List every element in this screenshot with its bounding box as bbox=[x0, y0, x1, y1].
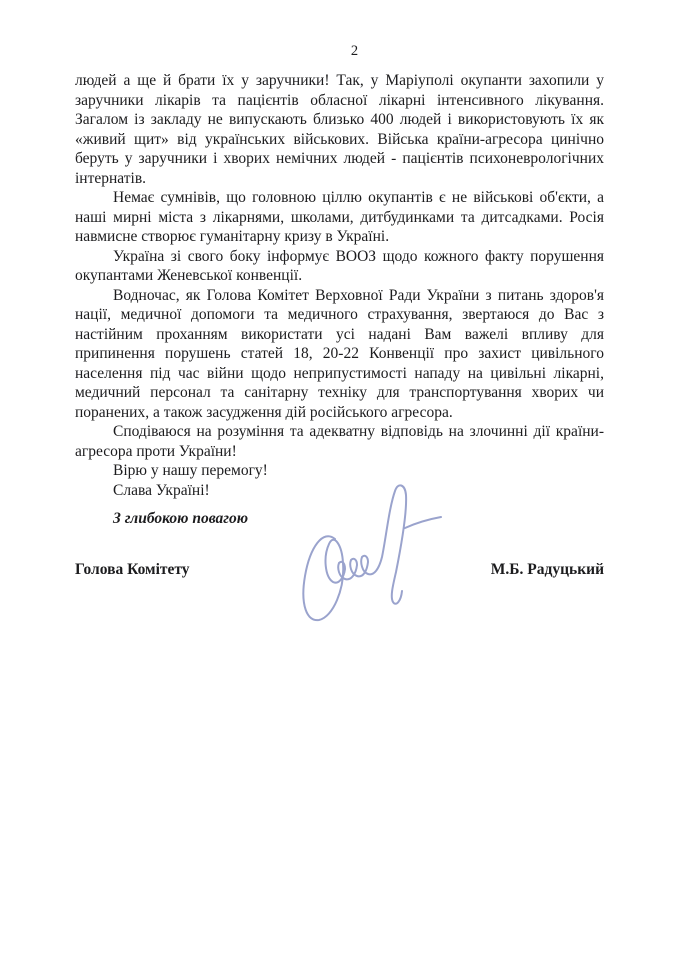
document-page: 2 людей а ще й брати їх у заручники! Так… bbox=[0, 0, 679, 960]
signature-row: Голова Комітету М.Б. Радуцький bbox=[75, 560, 604, 580]
body-paragraph: Слава Україні! bbox=[75, 481, 604, 501]
body-paragraph: Водночас, як Голова Комітет Верховної Ра… bbox=[75, 286, 604, 423]
letter-body: людей а ще й брати їх у заручники! Так, … bbox=[75, 71, 604, 579]
body-paragraph: людей а ще й брати їх у заручники! Так, … bbox=[75, 71, 604, 188]
body-paragraph: Вірю у нашу перемогу! bbox=[75, 461, 604, 481]
signatory-title: Голова Комітету bbox=[75, 560, 190, 580]
body-paragraph: Сподіваюся на розуміння та адекватну від… bbox=[75, 422, 604, 461]
closing-salutation: З глибокою повагою bbox=[75, 509, 604, 529]
signatory-name: М.Б. Радуцький bbox=[491, 560, 604, 580]
page-number: 2 bbox=[0, 43, 679, 60]
body-paragraph: Україна зі свого боку інформує ВООЗ щодо… bbox=[75, 247, 604, 286]
body-paragraph: Немає сумнівів, що головною ціллю окупан… bbox=[75, 188, 604, 247]
